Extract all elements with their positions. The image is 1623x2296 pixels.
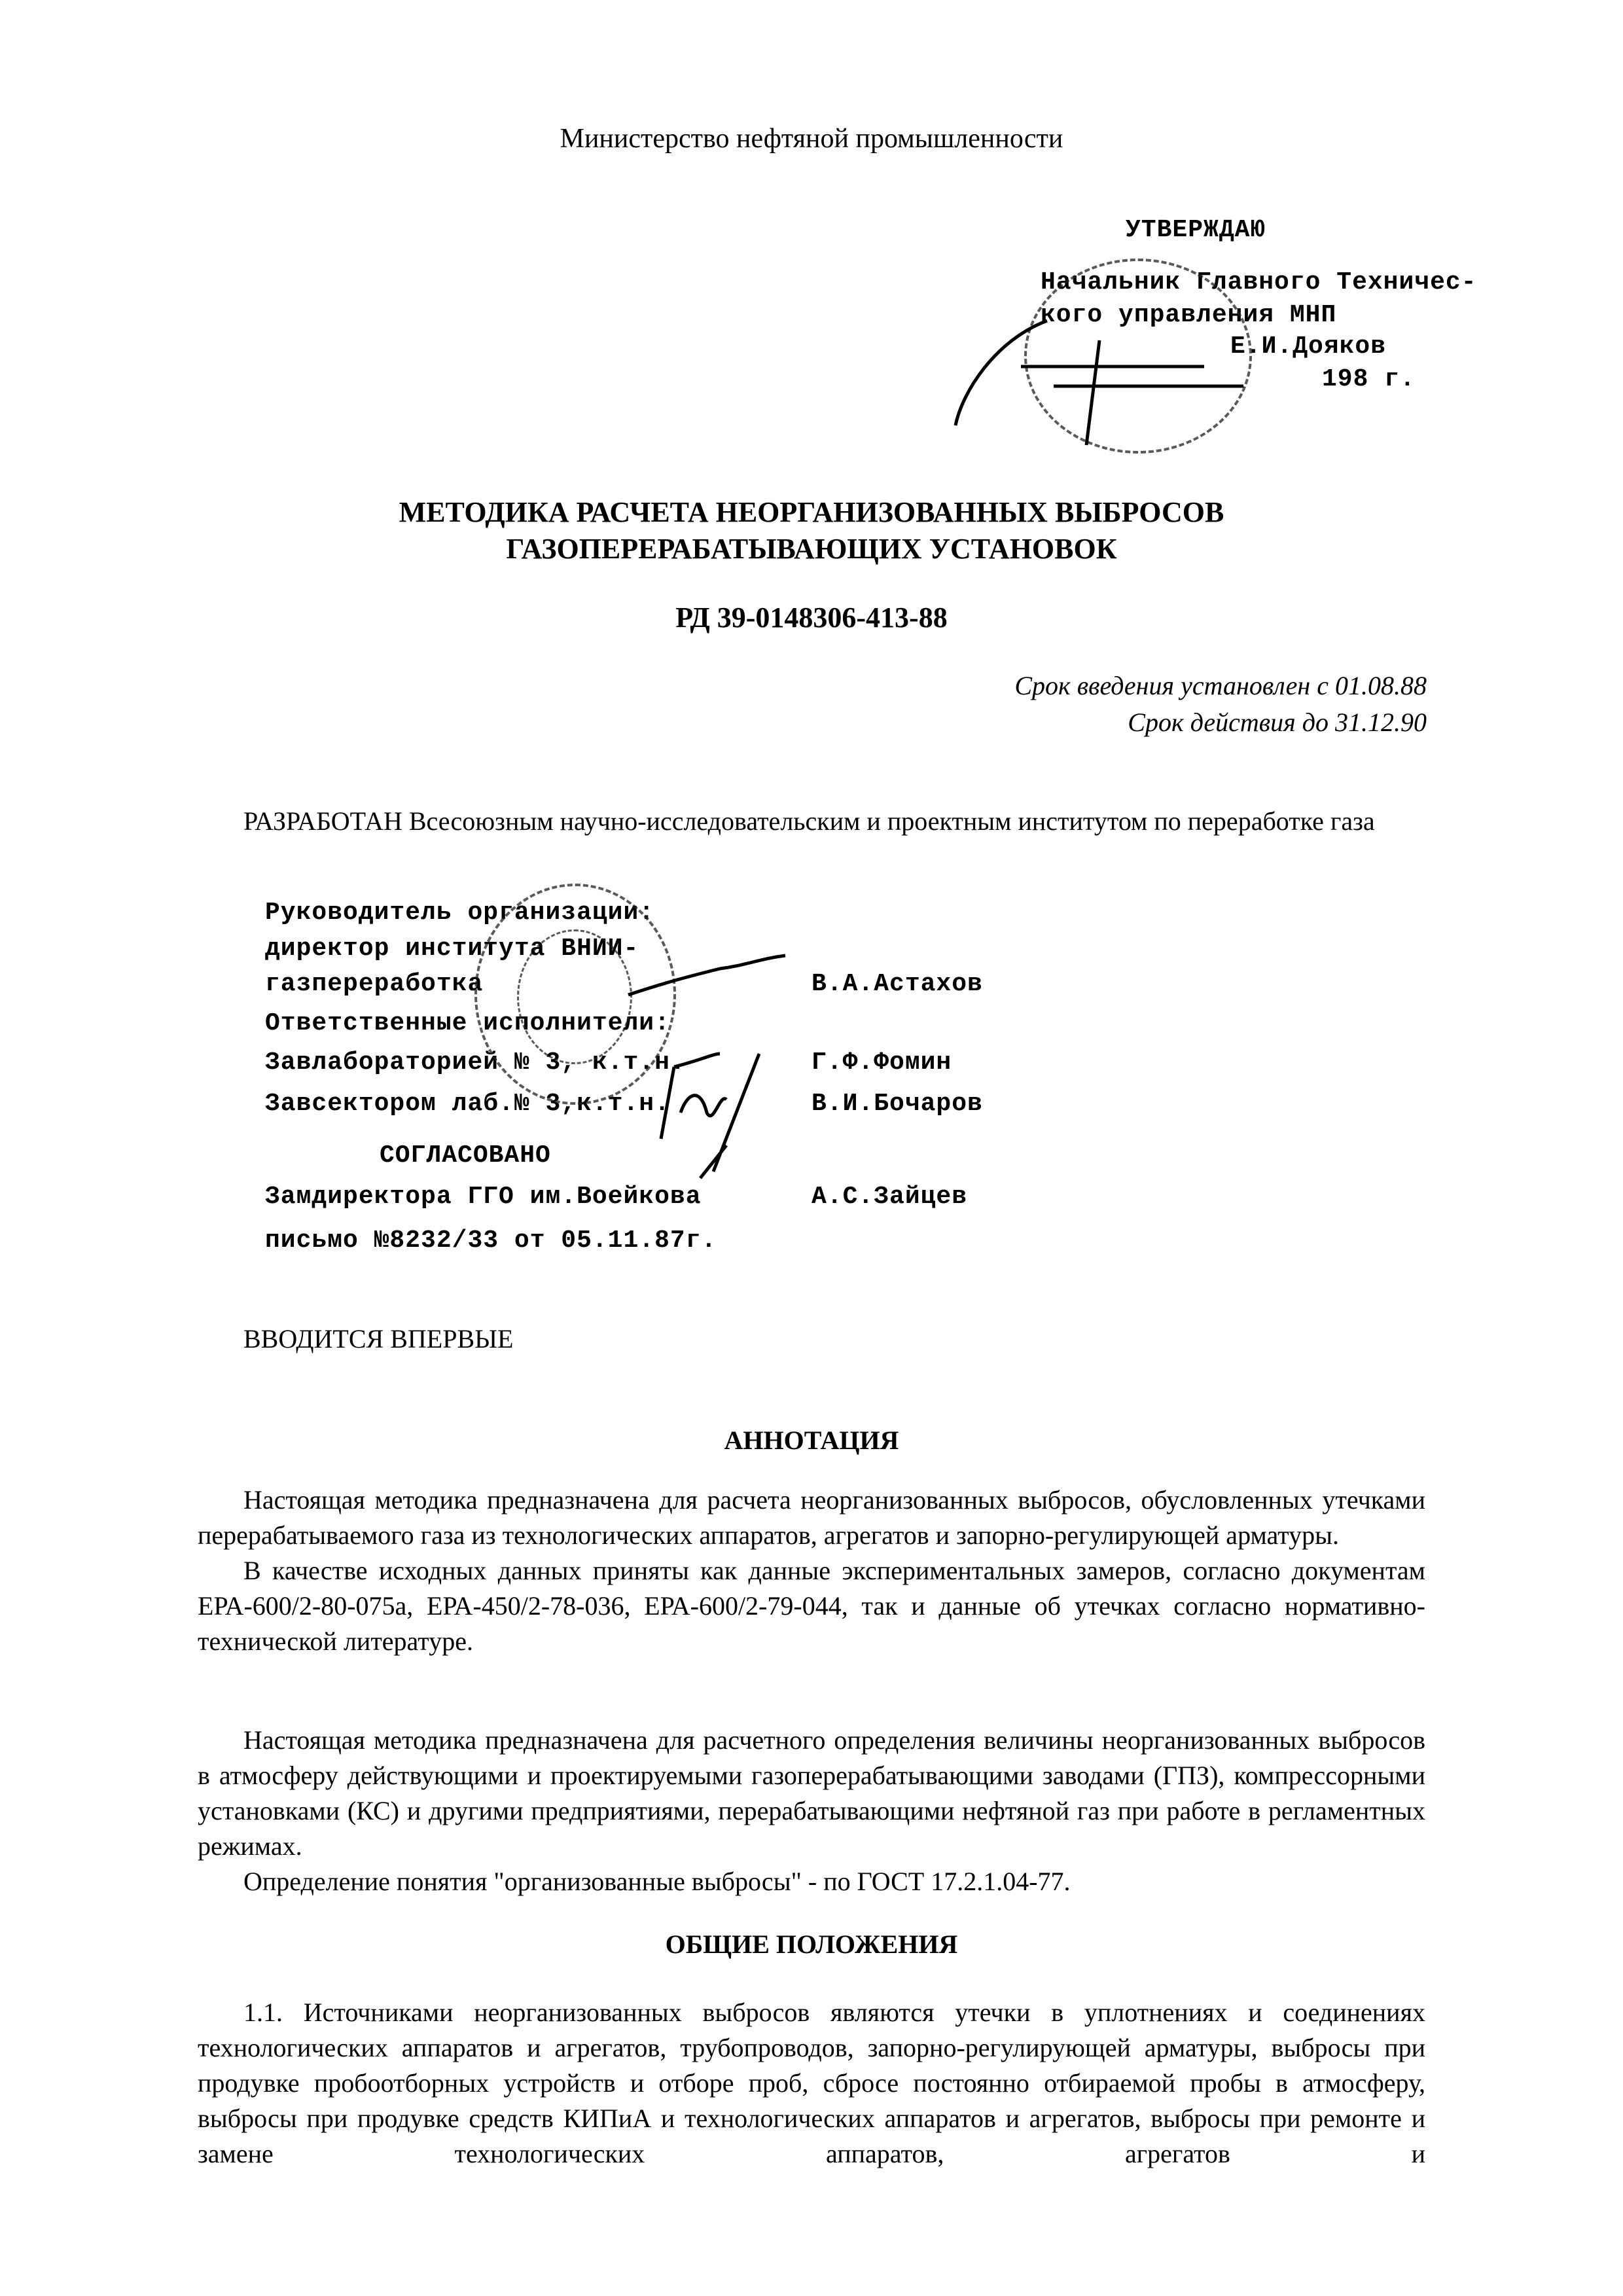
first-issue: ВВОДИТСЯ ВПЕРВЫЕ	[243, 1323, 513, 1354]
valid-until: Срок действия до 31.12.90	[1014, 704, 1427, 741]
fomin-bocharov-signature-icon	[661, 1054, 792, 1185]
general-section: 1.1. Источниками неорганизованных выброс…	[198, 1995, 1425, 2172]
annotation-paragraph-3: Настоящая методика предназначена для рас…	[198, 1723, 1425, 1864]
developed-by-text: РАЗРАБОТАН Всесоюзным научно-исследовате…	[198, 804, 1425, 839]
general-heading: ОБЩИЕ ПОЛОЖЕНИЯ	[0, 1929, 1623, 1960]
approval-label: УТВЕРЖДАЮ	[1126, 216, 1266, 244]
signatory-name-fomin: Г.Ф.Фомин	[811, 1049, 952, 1077]
astakhov-signature-icon	[628, 942, 825, 1008]
document-title: МЕТОДИКА РАСЧЕТА НЕОРГАНИЗОВАННЫХ ВЫБРОС…	[0, 494, 1623, 567]
signatory-name-astakhov: В.А.Астахов	[811, 970, 983, 998]
developed-by: РАЗРАБОТАН Всесоюзным научно-исследовате…	[198, 804, 1425, 839]
effective-from: Срок введения установлен с 01.08.88	[1014, 668, 1427, 704]
annotation-paragraph-4: Определение понятия "организованные выбр…	[198, 1864, 1425, 1899]
signatory-row-3: газпереработка	[265, 970, 483, 998]
approval-signature-icon	[955, 314, 1152, 445]
agreed-label: СОГЛАСОВАНО	[380, 1141, 551, 1170]
document-title-line1: МЕТОДИКА РАСЧЕТА НЕОРГАНИЗОВАННЫХ ВЫБРОС…	[0, 494, 1623, 531]
approval-year: 198 г.	[1322, 365, 1416, 393]
institute-stamp-inner-icon	[517, 929, 632, 1064]
ministry-header: Министерство нефтяной промышленности	[0, 123, 1623, 154]
approval-name: Е.И.Дояков	[1230, 332, 1386, 361]
agreed-row-1: Замдиректора ГГО им.Воейкова	[265, 1183, 702, 1211]
agreed-name-zaitsev: А.С.Зайцев	[811, 1183, 967, 1211]
annotation-paragraph-1: Настоящая методика предназначена для рас…	[198, 1482, 1425, 1553]
document-code: РД 39-0148306-413-88	[0, 601, 1623, 634]
agreed-row-2: письмо №8232/33 от 05.11.87г.	[265, 1227, 717, 1255]
signatory-name-bocharov: В.И.Бочаров	[811, 1090, 983, 1118]
document-title-line2: ГАЗОПЕРЕРАБАТЫВАЮЩИХ УСТАНОВОК	[0, 531, 1623, 567]
document-dates: Срок введения установлен с 01.08.88 Срок…	[1014, 668, 1427, 741]
annotation-heading: АННОТАЦИЯ	[0, 1425, 1623, 1456]
annotation-paragraph-2: В качестве исходных данных приняты как д…	[198, 1553, 1425, 1659]
annotation-section-2: Настоящая методика предназначена для рас…	[198, 1723, 1425, 1899]
annotation-section: Настоящая методика предназначена для рас…	[198, 1482, 1425, 1659]
general-paragraph-1-1: 1.1. Источниками неорганизованных выброс…	[198, 1995, 1425, 2172]
